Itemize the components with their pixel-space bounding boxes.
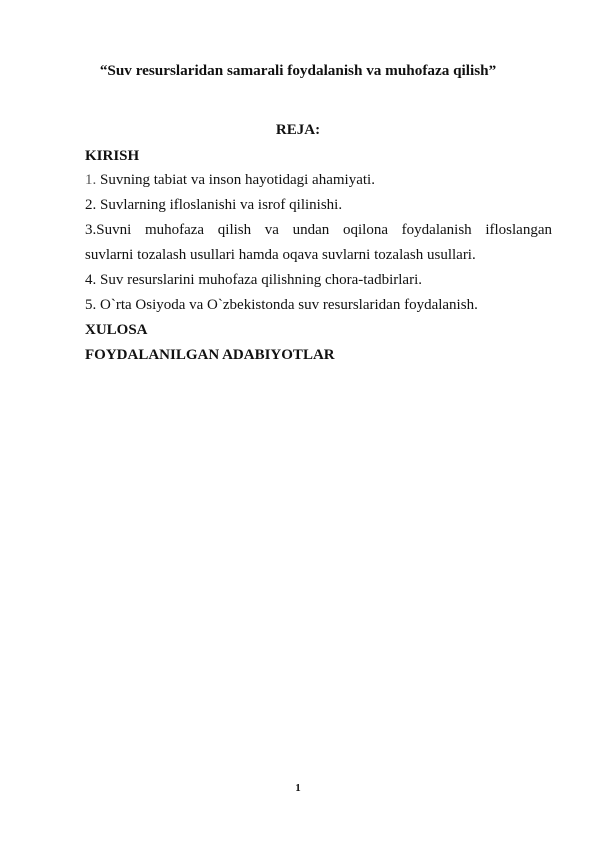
plan-item-number: 1. xyxy=(85,172,96,188)
plan-item-text: Suvning tabiat va inson hayotidagi ahami… xyxy=(96,172,375,188)
plan-item-2: 2. Suvlarning ifloslanishi va isrof qili… xyxy=(85,197,552,214)
section-references: FOYDALANILGAN ADABIYOTLAR xyxy=(85,347,552,364)
section-intro: KIRISH xyxy=(85,148,552,165)
page-number: 1 xyxy=(0,782,596,794)
plan-item-5: 5. O`rta Osiyoda va O`zbekistonda suv re… xyxy=(85,297,552,314)
document-page: “Suv resurslaridan samarali foydalanish … xyxy=(0,0,596,842)
plan-item-1: 1. Suvning tabiat va inson hayotidagi ah… xyxy=(85,172,552,189)
plan-item-3-line-1: 3.Suvni muhofaza qilish va undan oqilona… xyxy=(85,222,552,239)
section-conclusion: XULOSA xyxy=(85,322,552,339)
plan-item-3-line-2: suvlarni tozalash usullari hamda oqava s… xyxy=(85,247,552,264)
plan-item-4: 4. Suv resurslarini muhofaza qilishning … xyxy=(85,272,552,289)
document-title: “Suv resurslaridan samarali foydalanish … xyxy=(0,62,596,80)
plan-heading: REJA: xyxy=(0,122,596,139)
